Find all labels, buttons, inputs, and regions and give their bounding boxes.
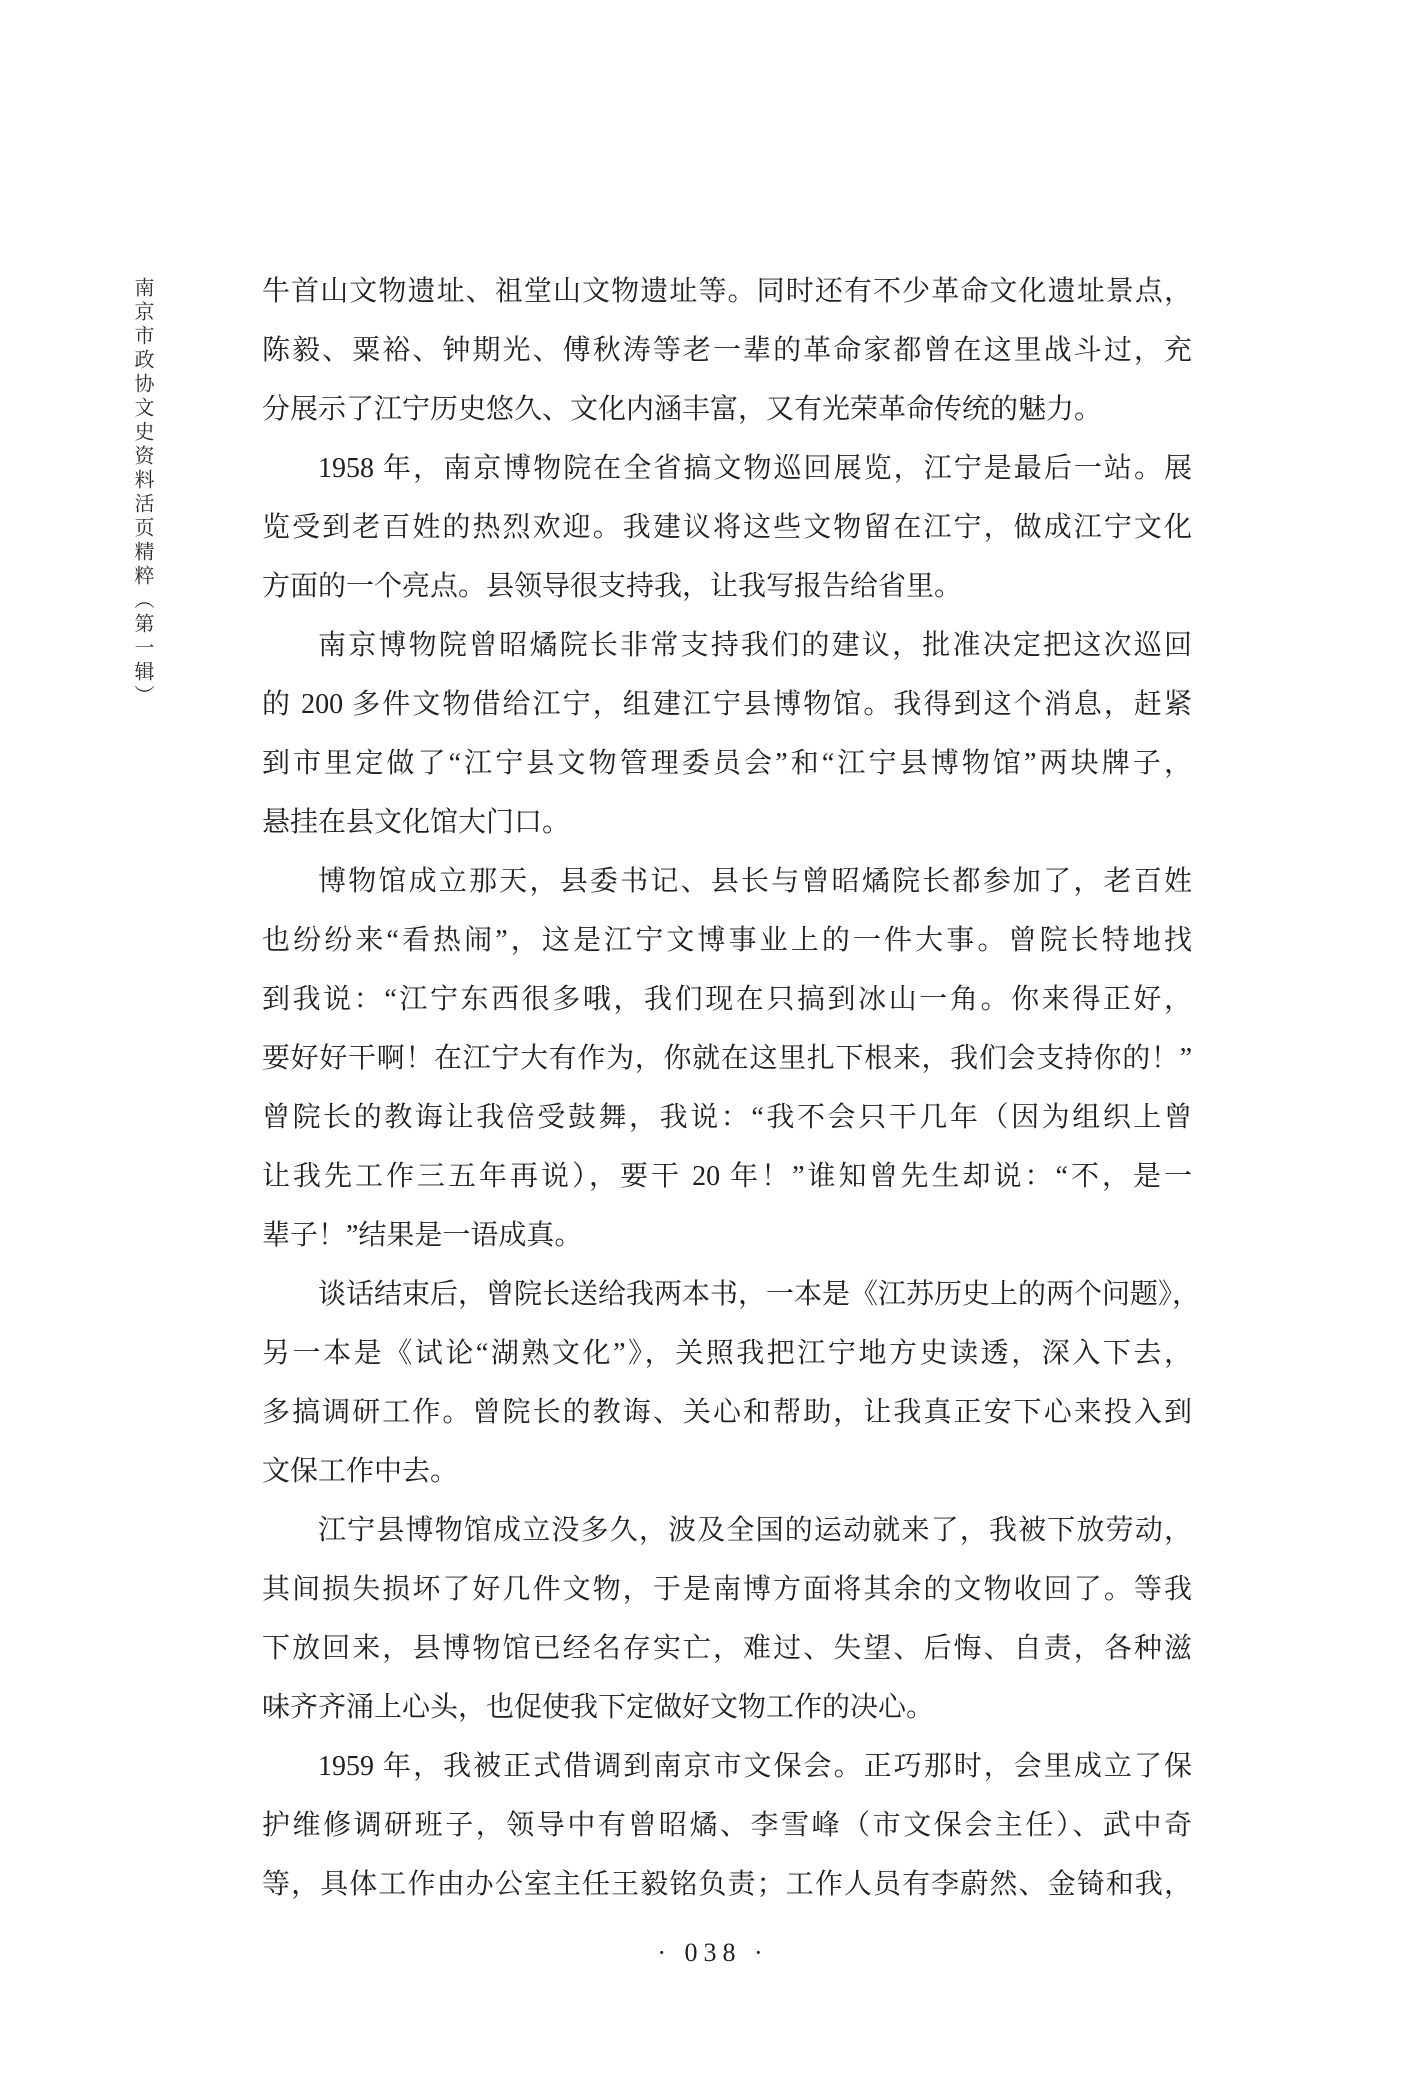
- text-line: 等，具体工作由办公室主任王毅铭负责；工作人员有李蔚然、金锜和我，: [262, 1855, 1192, 1914]
- text-line: 陈毅、粟裕、钟期光、傅秋涛等老一辈的革命家都曾在这里战斗过，充: [262, 321, 1192, 380]
- text-line: 1958 年，南京博物院在全省搞文物巡回展览，江宁是最后一站。展: [262, 439, 1192, 498]
- text-line: 要好好干啊！在江宁大有作为，你就在这里扎下根来，我们会支持你的！”: [262, 1029, 1192, 1088]
- text-line: 多搞调研工作。曾院长的教诲、关心和帮助，让我真正安下心来投入到: [262, 1383, 1192, 1442]
- text-line: 到市里定做了“江宁县文物管理委员会”和“江宁县博物馆”两块牌子，: [262, 734, 1192, 793]
- text-line: 博物馆成立那天，县委书记、县长与曾昭燏院长都参加了，老百姓: [262, 852, 1192, 911]
- text-line: 谈话结束后，曾院长送给我两本书，一本是《江苏历史上的两个问题》，: [262, 1265, 1192, 1324]
- book-page: 南京市政协文史资料活页精粹（第一辑） 牛首山文物遗址、祖堂山文物遗址等。同时还有…: [0, 0, 1426, 2095]
- text-line: 曾院长的教诲让我倍受鼓舞，我说：“我不会只干几年（因为组织上曾: [262, 1088, 1192, 1147]
- text-line: 也纷纷来“看热闹”，这是江宁文博事业上的一件大事。曾院长特地找: [262, 911, 1192, 970]
- series-title-vertical: 南京市政协文史资料活页精粹（第一辑）: [128, 277, 157, 709]
- text-line: 方面的一个亮点。县领导很支持我，让我写报告给省里。: [262, 557, 1192, 616]
- text-line: 江宁县博物馆成立没多久，波及全国的运动就来了，我被下放劳动，: [262, 1501, 1192, 1560]
- text-line: 的 200 多件文物借给江宁，组建江宁县博物馆。我得到这个消息，赶紧: [262, 675, 1192, 734]
- text-line: 览受到老百姓的热烈欢迎。我建议将这些文物留在江宁，做成江宁文化: [262, 498, 1192, 557]
- body-text-column: 牛首山文物遗址、祖堂山文物遗址等。同时还有不少革命文化遗址景点，陈毅、粟裕、钟期…: [262, 262, 1192, 1914]
- page-number: · 038 ·: [0, 1938, 1426, 1968]
- text-line: 其间损失损坏了好几件文物，于是南博方面将其余的文物收回了。等我: [262, 1560, 1192, 1619]
- text-line: 辈子！”结果是一语成真。: [262, 1206, 1192, 1265]
- text-line: 悬挂在县文化馆大门口。: [262, 793, 1192, 852]
- text-line: 文保工作中去。: [262, 1442, 1192, 1501]
- text-line: 1959 年，我被正式借调到南京市文保会。正巧那时，会里成立了保: [262, 1737, 1192, 1796]
- text-line: 另一本是《试论“湖熟文化”》，关照我把江宁地方史读透，深入下去，: [262, 1324, 1192, 1383]
- text-line: 牛首山文物遗址、祖堂山文物遗址等。同时还有不少革命文化遗址景点，: [262, 262, 1192, 321]
- text-line: 下放回来，县博物馆已经名存实亡，难过、失望、后悔、自责，各种滋: [262, 1619, 1192, 1678]
- text-line: 护维修调研班子，领导中有曾昭燏、李雪峰（市文保会主任）、武中奇: [262, 1796, 1192, 1855]
- text-line: 味齐齐涌上心头，也促使我下定做好文物工作的决心。: [262, 1678, 1192, 1737]
- text-line: 让我先工作三五年再说），要干 20 年！”谁知曾先生却说：“不，是一: [262, 1147, 1192, 1206]
- text-line: 南京博物院曾昭燏院长非常支持我们的建议，批准决定把这次巡回: [262, 616, 1192, 675]
- text-line: 到我说：“江宁东西很多哦，我们现在只搞到冰山一角。你来得正好，: [262, 970, 1192, 1029]
- text-line: 分展示了江宁历史悠久、文化内涵丰富，又有光荣革命传统的魅力。: [262, 380, 1192, 439]
